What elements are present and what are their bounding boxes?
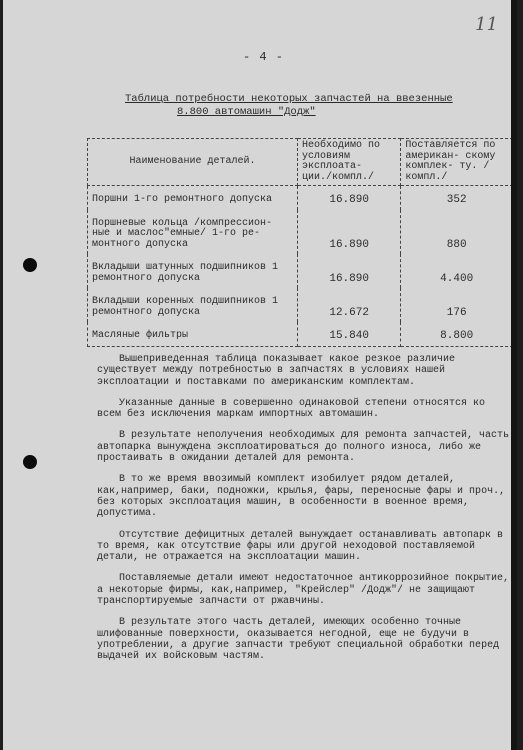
supplied-qty-cell: 4.400 xyxy=(401,254,513,288)
parts-table: Наименование деталей. Необходимо по усло… xyxy=(87,138,513,347)
part-name-cell: Поршневые кольца /компрессион- ные и мас… xyxy=(88,210,298,255)
paragraph: Поставляемые детали имеют недостаточное … xyxy=(97,573,513,607)
supplied-qty-cell: 880 xyxy=(401,210,513,255)
document-page: 11 - 4 - Таблица потребности некоторых з… xyxy=(3,0,517,750)
paragraph: Вышеприведенная таблица показывает какое… xyxy=(97,354,513,388)
supplied-qty-cell: 8.800 xyxy=(401,322,513,346)
folio-mark: 11 xyxy=(475,14,498,35)
body-text: Вышеприведенная таблица показывает какое… xyxy=(97,354,513,673)
table-header-row: Наименование деталей. Необходимо по усло… xyxy=(88,139,513,186)
column-header-supplied: Поставляется по американ- скому комплек-… xyxy=(401,139,513,186)
supplied-qty-cell: 352 xyxy=(401,186,513,210)
table-row: Масляные фильтры15.8408.800 xyxy=(88,322,513,346)
part-name-cell: Вкладыши коренных подшипников 1 ремонтно… xyxy=(88,288,298,322)
required-qty-cell: 16.890 xyxy=(297,186,400,210)
table-row: Вкладыши коренных подшипников 1 ремонтно… xyxy=(88,288,513,322)
column-header-required: Необходимо по условиям эксплоата- ции./к… xyxy=(297,139,400,186)
paragraph: Указанные данные в совершенно одинаковой… xyxy=(97,398,513,421)
supplied-qty-cell: 176 xyxy=(401,288,513,322)
paragraph: В результате неполучения необходимых для… xyxy=(97,430,513,464)
table-title: Таблица потребности некоторых запчастей … xyxy=(125,93,505,119)
required-qty-cell: 12.672 xyxy=(297,288,400,322)
table-row: Поршни 1-го ремонтного допуска16.890352 xyxy=(88,186,513,210)
table-title-line1: Таблица потребности некоторых запчастей … xyxy=(125,93,453,105)
punch-hole xyxy=(23,258,37,272)
page-edge xyxy=(511,0,517,750)
punch-hole xyxy=(23,455,37,469)
paragraph: Отсутствие дефицитных деталей вынуждает … xyxy=(97,530,513,564)
table-title-line2: 8.800 автомашин "Додж" xyxy=(125,106,505,119)
required-qty-cell: 15.840 xyxy=(297,322,400,346)
table-row: Вкладыши шатунных подшипников 1 ремонтно… xyxy=(88,254,513,288)
required-qty-cell: 16.890 xyxy=(297,254,400,288)
part-name-cell: Вкладыши шатунных подшипников 1 ремонтно… xyxy=(88,254,298,288)
paragraph: В результате этого часть деталей, имеющи… xyxy=(97,617,513,662)
column-header-name: Наименование деталей. xyxy=(88,139,298,186)
required-qty-cell: 16.890 xyxy=(297,210,400,255)
page-number: - 4 - xyxy=(243,50,284,64)
paragraph: В то же время ввозимый комплект изобилуе… xyxy=(97,474,513,519)
part-name-cell: Масляные фильтры xyxy=(88,322,298,346)
part-name-cell: Поршни 1-го ремонтного допуска xyxy=(88,186,298,210)
table-row: Поршневые кольца /компрессион- ные и мас… xyxy=(88,210,513,255)
